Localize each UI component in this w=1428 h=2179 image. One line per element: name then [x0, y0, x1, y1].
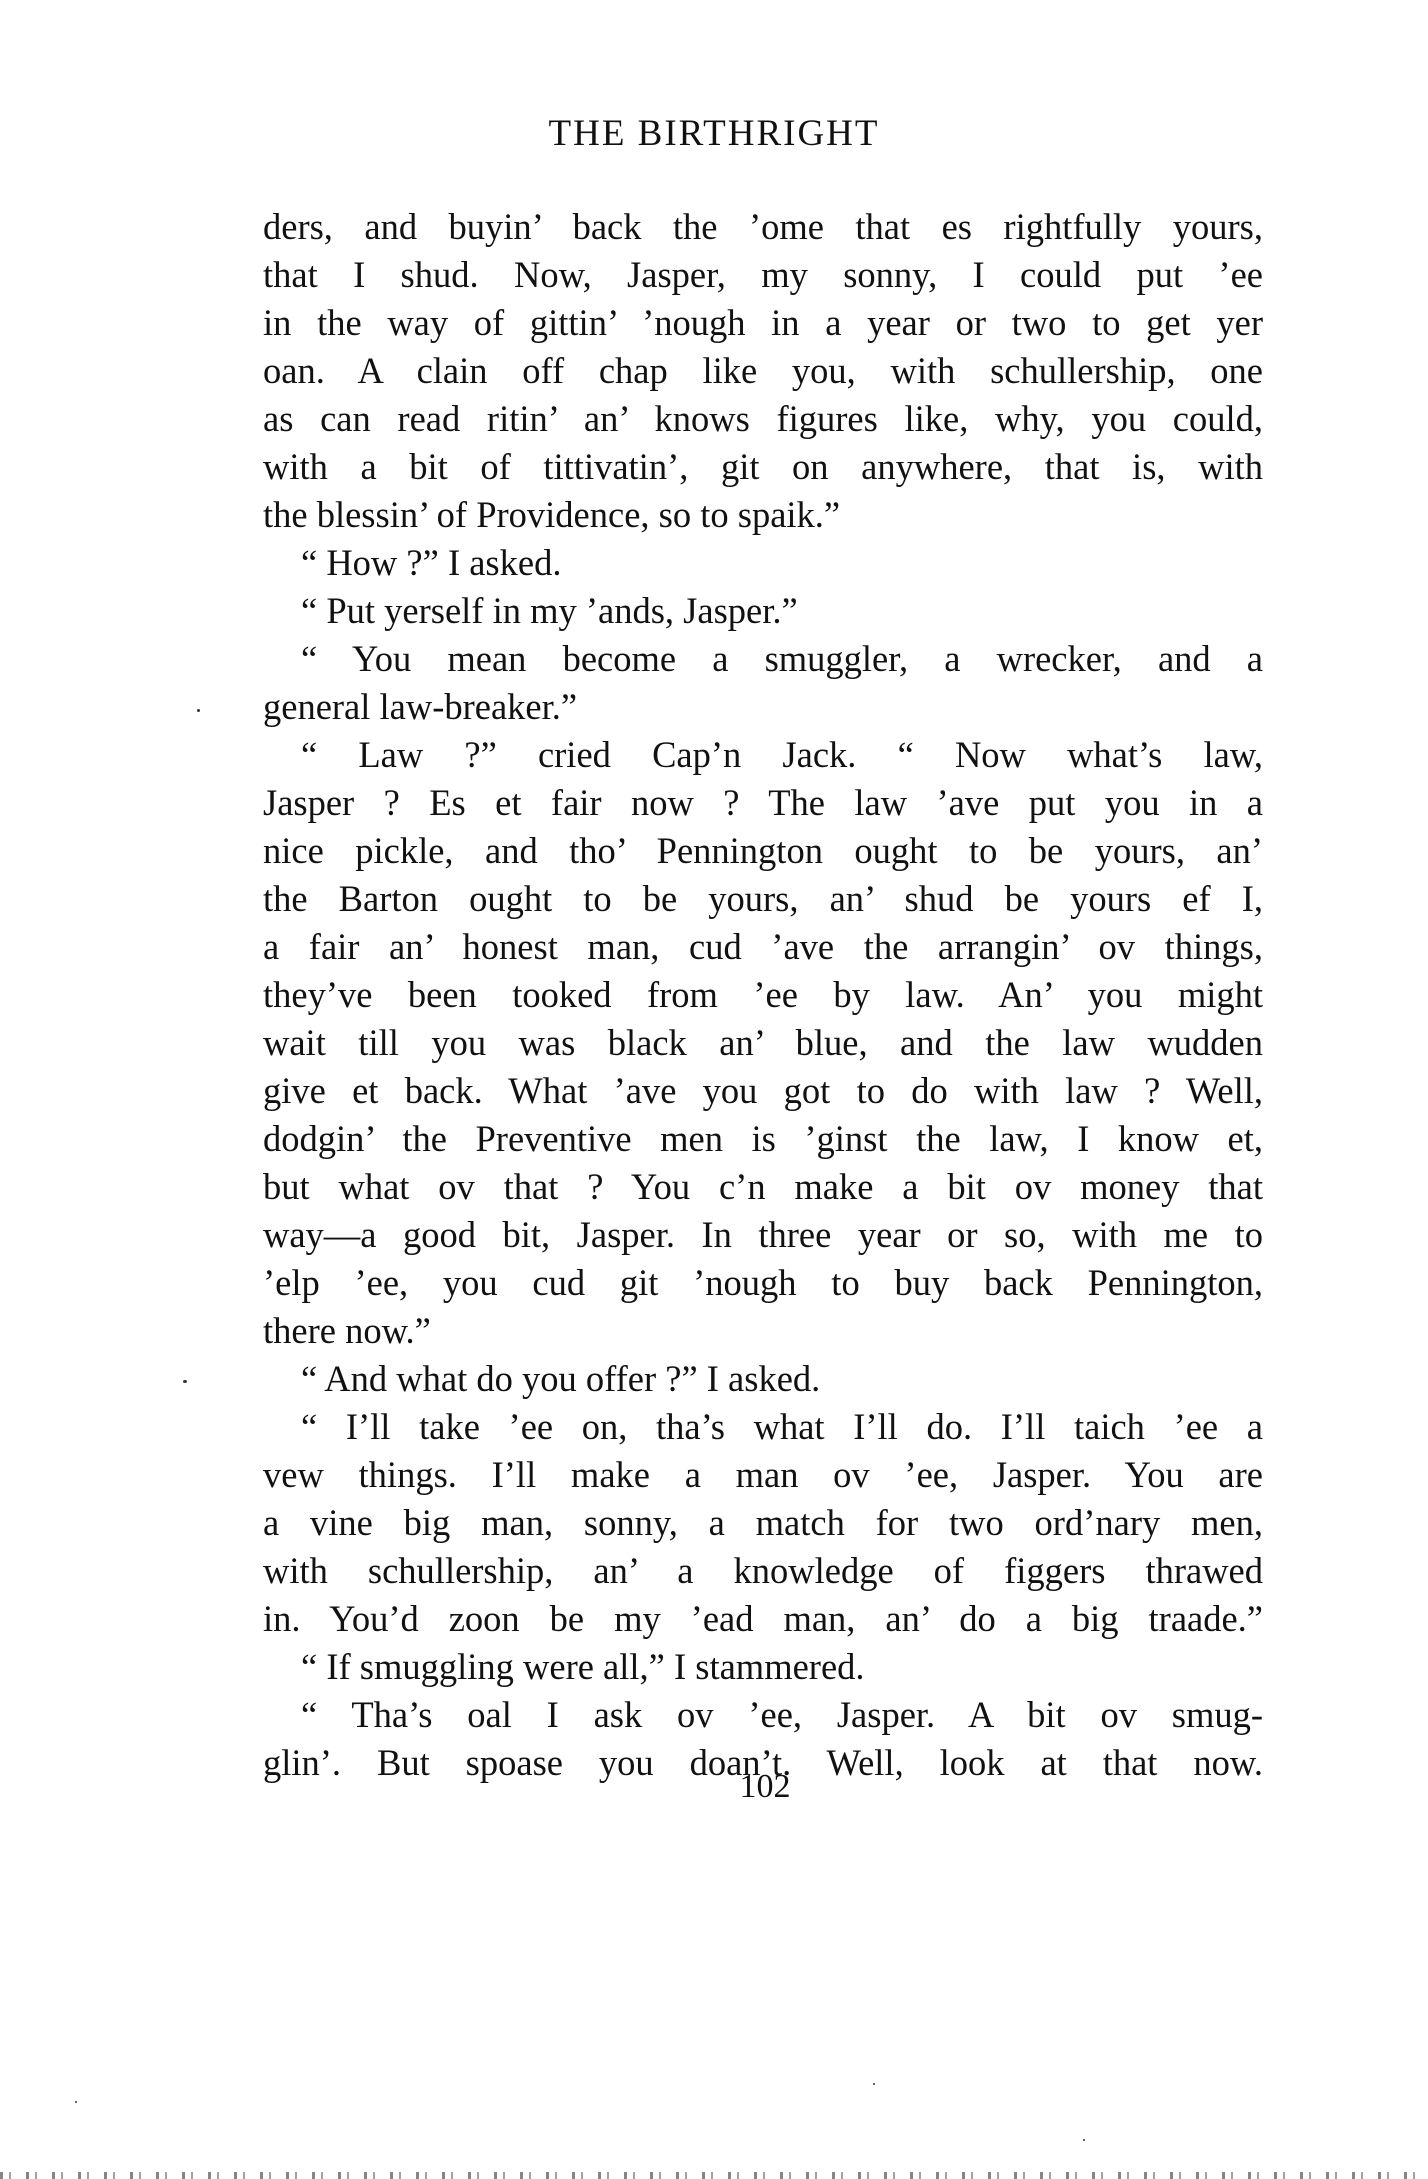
text-line: way—a good bit, Jasper. In three year or… [263, 1211, 1263, 1259]
text-line: with schullership, an’ a knowledge of fi… [263, 1547, 1263, 1595]
paragraph-first-line: “ And what do you offer ?” I asked. [263, 1355, 1263, 1403]
scan-speck [75, 2101, 77, 2103]
text-line: ders, and buyin’ back the ’ome that es r… [263, 203, 1263, 251]
page-number: 102 [0, 1767, 1428, 1807]
running-head: THE BIRTHRIGHT [0, 112, 1428, 156]
text-line: give et back. What ’ave you got to do wi… [263, 1067, 1263, 1115]
text-line: ’elp ’ee, you cud git ’nough to buy back… [263, 1259, 1263, 1307]
text-line: as can read ritin’ an’ knows figures lik… [263, 395, 1263, 443]
text-line: in. You’d zoon be my ’ead man, an’ do a … [263, 1595, 1263, 1643]
paragraph-first-line: “ Put yerself in my ’ands, Jasper.” [263, 587, 1263, 635]
scan-speck [197, 709, 200, 712]
text-line: general law-breaker.” [263, 683, 1263, 731]
paragraph-first-line: “ Tha’s oal I ask ov ’ee, Jasper. A bit … [263, 1691, 1263, 1739]
text-line: nice pickle, and tho’ Pennington ought t… [263, 827, 1263, 875]
text-line: with a bit of tittivatin’, git on anywhe… [263, 443, 1263, 491]
text-line: that I shud. Now, Jasper, my sonny, I co… [263, 251, 1263, 299]
scan-edge-artifact [0, 2172, 1428, 2179]
text-line: a vine big man, sonny, a match for two o… [263, 1499, 1263, 1547]
body-text: ders, and buyin’ back the ’ome that es r… [263, 203, 1263, 1787]
scan-speck [183, 1380, 187, 1383]
scan-speck [1083, 2139, 1085, 2141]
paragraph-first-line: “ How ?” I asked. [263, 539, 1263, 587]
text-line: oan. A clain off chap like you, with sch… [263, 347, 1263, 395]
text-line: vew things. I’ll make a man ov ’ee, Jasp… [263, 1451, 1263, 1499]
text-line: Jasper ? Es et fair now ? The law ’ave p… [263, 779, 1263, 827]
text-line: wait till you was black an’ blue, and th… [263, 1019, 1263, 1067]
scan-speck [873, 2083, 875, 2085]
paragraph-first-line: “ Law ?” cried Cap’n Jack. “ Now what’s … [263, 731, 1263, 779]
paragraph-first-line: “ I’ll take ’ee on, tha’s what I’ll do. … [263, 1403, 1263, 1451]
paragraph-first-line: “ If smuggling were all,” I stammered. [263, 1643, 1263, 1691]
text-line: the blessin’ of Providence, so to spaik.… [263, 491, 1263, 539]
text-line: a fair an’ honest man, cud ’ave the arra… [263, 923, 1263, 971]
text-line: dodgin’ the Preventive men is ’ginst the… [263, 1115, 1263, 1163]
text-line: but what ov that ? You c’n make a bit ov… [263, 1163, 1263, 1211]
text-line: they’ve been tooked from ’ee by law. An’… [263, 971, 1263, 1019]
book-page: THE BIRTHRIGHT ders, and buyin’ back the… [0, 0, 1428, 2179]
paragraph-first-line: “ You mean become a smuggler, a wrecker,… [263, 635, 1263, 683]
text-line: there now.” [263, 1307, 1263, 1355]
text-line: the Barton ought to be yours, an’ shud b… [263, 875, 1263, 923]
text-line: in the way of gittin’ ’nough in a year o… [263, 299, 1263, 347]
